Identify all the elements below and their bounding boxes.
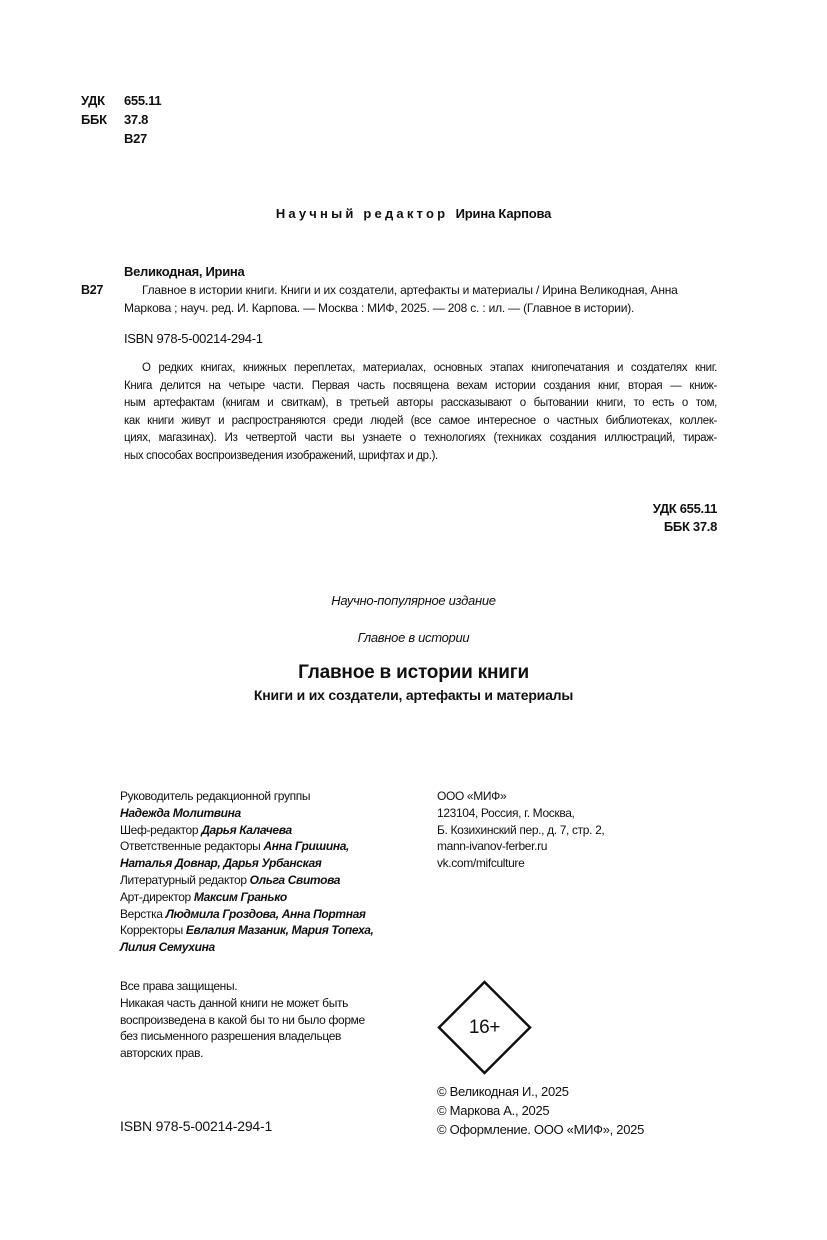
publisher-name: ООО «МИФ» [437,788,604,805]
credit-names: Ольга Свитова [250,873,340,887]
bbk-row: ББК 37.8 [0,111,300,128]
scientific-editor: Научный редактор Ирина Карпова [0,206,827,221]
bib-line: Главное в истории книги. Книги и их созд… [124,281,717,299]
credit-line: Ответственные редакторы Анна Гришина, [120,838,374,855]
bibliographic-description: Главное в истории книги. Книги и их созд… [124,281,717,317]
credit-names: Наталья Довнар, Дарья Урбанская [120,856,321,870]
rights-line: Никакая часть данной книги не может быть [120,995,365,1012]
bib-line: Маркова ; науч. ред. И. Карпова. — Москв… [124,299,717,317]
credit-names: Лилия Семухина [120,940,215,954]
credit-names: Анна Гришина, [263,839,349,853]
abstract-line: как книги живут и распространяются среди… [124,413,717,431]
credit-role: Верстка [120,907,166,921]
credit-role: Арт-директор [120,890,194,904]
bbk-label: ББК [81,111,107,128]
copyright-line: © Великодная И., 2025 [437,1082,644,1101]
publisher-address: 123104, Россия, г. Москва, [437,805,604,822]
bbk-bottom: ББК 37.8 [664,518,717,535]
credit-line: Корректоры Евлалия Мазаник, Мария Топеха… [120,922,374,939]
age-rating-label: 16+ [437,980,532,1075]
credit-role: Корректоры [120,923,186,937]
credit-role: Литературный редактор [120,873,250,887]
udk-value: 655.11 [124,92,161,109]
publisher-info: ООО «МИФ» 123104, Россия, г. Москва, Б. … [437,788,604,872]
rights-line: Все права защищены. [120,978,365,995]
credit-role: Ответственные редакторы [120,839,263,853]
author-mark: В27 [124,130,147,147]
isbn-bottom: ISBN 978-5-00214-294-1 [120,1118,272,1134]
credit-names: Евлалия Мазаник, Мария Топеха, [186,923,374,937]
series-name: Главное в истории [0,630,827,645]
abstract-line: ных способах воспроизведения изображений… [124,448,717,466]
scientific-editor-label: Научный редактор [276,206,448,221]
abstract-line: ным артефактам (книгам и свиткам), в тре… [124,395,717,413]
credit-names: Максим Гранько [194,890,287,904]
edition-type: Научно-популярное издание [0,593,827,608]
author-heading: Великодная, Ирина [124,264,244,279]
abstract-line: Книга делится на четыре части. Первая ча… [124,378,717,396]
abstract-line: циях, магазинах). Из четвертой части вы … [124,430,717,448]
udk-bottom: УДК 655.11 [653,500,717,517]
credit-line: Лилия Семухина [120,939,374,956]
isbn-top: ISBN 978-5-00214-294-1 [124,331,263,346]
book-subtitle: Книги и их создатели, артефакты и матери… [0,687,827,703]
credit-line: Арт-директор Максим Гранько [120,889,374,906]
scientific-editor-name: Ирина Карпова [456,206,551,221]
rights-line: воспроизведена в какой бы то ни было фор… [120,1012,365,1029]
credit-line: Литературный редактор Ольга Свитова [120,872,374,889]
udk-label: УДК [81,92,105,109]
book-title: Главное в истории книги [0,662,827,684]
editorial-credits: Руководитель редакционной группы Надежда… [120,788,374,956]
credit-line: Надежда Молитвина [120,805,374,822]
credit-line: Верстка Людмила Гроздова, Анна Портная [120,906,374,923]
age-rating-badge: 16+ [437,980,532,1075]
abstract-line: О редких книгах, книжных переплетах, мат… [124,360,717,378]
credit-line: Шеф-редактор Дарья Калачева [120,822,374,839]
publisher-social: vk.com/mifculture [437,855,604,872]
credit-names: Людмила Гроздова, Анна Портная [166,907,366,921]
bbk-value: 37.8 [124,111,148,128]
copyright-notices: © Великодная И., 2025 © Маркова А., 2025… [437,1082,644,1139]
credit-line: Руководитель редакционной группы [120,788,374,805]
udk-row: УДК 655.11 [0,92,300,109]
author-mark-row: В27 [0,130,300,147]
credit-role: Руководитель редакционной группы [120,789,310,803]
publisher-website: mann-ivanov-ferber.ru [437,838,604,855]
publisher-address: Б. Козихинский пер., д. 7, стр. 2, [437,822,604,839]
credit-line: Наталья Довнар, Дарья Урбанская [120,855,374,872]
rights-line: без письменного разрешения владельцев [120,1028,365,1045]
credit-names: Дарья Калачева [201,823,292,837]
rights-notice: Все права защищены. Никакая часть данной… [120,978,365,1062]
bib-author-mark: В27 [81,283,103,297]
rights-line: авторских прав. [120,1045,365,1062]
copyright-line: © Оформление. ООО «МИФ», 2025 [437,1120,644,1139]
abstract: О редких книгах, книжных переплетах, мат… [124,360,717,466]
copyright-line: © Маркова А., 2025 [437,1101,644,1120]
credit-names: Надежда Молитвина [120,806,241,820]
credit-role: Шеф-редактор [120,823,201,837]
